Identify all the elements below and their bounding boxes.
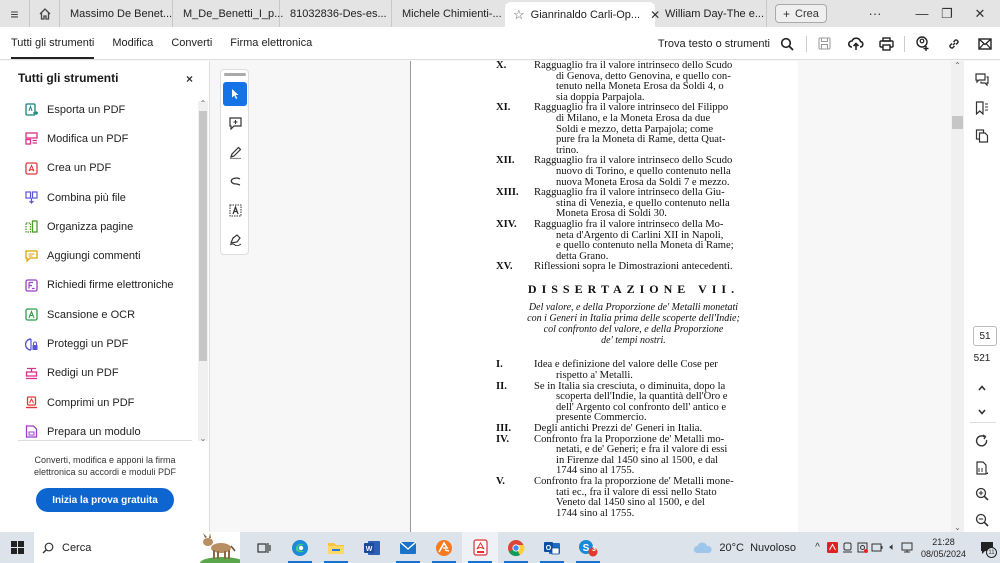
chevron-up-icon (977, 384, 987, 392)
acrobat-pdf-icon (473, 539, 488, 556)
taskbar-file-explorer[interactable] (318, 532, 354, 563)
tool-edit-pdf[interactable]: Modifica un PDF (0, 124, 198, 153)
previous-page-button[interactable] (964, 377, 1000, 399)
tool-combine-files[interactable]: Combina più file (0, 183, 198, 212)
tool-compress-pdf[interactable]: Comprimi un PDF (0, 388, 198, 417)
document-scrollbar[interactable]: ⌃ ⌄ (951, 61, 964, 532)
toc-entry-number: I. (496, 360, 534, 381)
toc-entry: IV.Confronto fra la Proporzione de' Meta… (496, 435, 771, 477)
email-button[interactable] (969, 27, 1000, 60)
windows-taskbar: Cerca W O S 3 20°C (0, 532, 1000, 563)
menu-esign[interactable]: Firma elettronica (221, 27, 321, 60)
signature-pen-icon (229, 233, 242, 246)
taskbar-mail[interactable] (390, 532, 426, 563)
tool-request-esignatures[interactable]: Richiedi firme elettroniche (0, 271, 198, 300)
prepare-form-icon (24, 425, 38, 439)
pages-panel-button[interactable] (964, 125, 1000, 147)
toc-entry-number: II. (496, 382, 534, 424)
taskbar-outlook[interactable]: O (534, 532, 570, 563)
task-view-icon (257, 542, 271, 554)
tray-camera-icon[interactable] (855, 532, 870, 563)
next-page-button[interactable] (964, 401, 1000, 423)
search-icon (780, 37, 794, 51)
page-text: X.Ragguaglio fra il valore intrinseco de… (496, 61, 771, 519)
text-tool-button[interactable] (223, 198, 247, 222)
new-tab-button[interactable]: +Crea (775, 4, 827, 23)
scroll-down-icon[interactable]: ⌄ (951, 523, 964, 532)
print-button[interactable] (871, 27, 902, 60)
taskbar-acrobat[interactable] (462, 532, 498, 563)
tray-battery-icon[interactable] (870, 532, 885, 563)
tool-redact-pdf[interactable]: Redigi un PDF (0, 359, 198, 388)
current-page-input[interactable]: 51 (973, 326, 997, 346)
chevron-down-icon (977, 408, 987, 416)
tray-volume-icon[interactable]: 🔈︎ (885, 532, 900, 563)
toc-entry-text: nuovo di Torino, e quello contenuto nell… (534, 167, 771, 178)
add-comment-tool-button[interactable] (223, 111, 247, 135)
toc-entry-number: XI. (496, 103, 534, 156)
chrome-icon (507, 539, 525, 557)
toc-entry-text: di Milano, e la Moneta Erosa da due (534, 114, 771, 125)
mail-app-icon (399, 541, 417, 555)
tools-list-scrollbar[interactable]: ⌃ ⌄ (198, 101, 208, 441)
quick-tools-rail (220, 69, 249, 255)
skype-badge: 3 (592, 546, 596, 553)
taskbar-chrome[interactable] (498, 532, 534, 563)
add-person-icon (915, 36, 930, 51)
toc-entry: I.Idea e definizione del valore delle Co… (496, 360, 771, 381)
edit-pdf-icon (24, 132, 38, 146)
menu-icon[interactable]: ≡ (0, 0, 30, 27)
taskbar-skype[interactable]: S 3 (570, 532, 606, 563)
toc-entry: V.Confronto fra la proporzione de' Metal… (496, 477, 771, 519)
text-box-icon (229, 204, 242, 217)
scan-ocr-icon (24, 308, 38, 322)
combine-files-icon (24, 191, 38, 205)
scrollbar-thumb[interactable] (199, 111, 207, 361)
all-tools-panel: Tutti gli strumenti × Esporta un PDF Mod… (0, 61, 210, 532)
show-hidden-icons-button[interactable]: ^ (810, 532, 825, 563)
taskbar-avast[interactable] (426, 532, 462, 563)
zoom-in-icon (975, 487, 989, 501)
toc-entry-text: Riflessioni sopra le Dimostrazioni antec… (534, 262, 771, 273)
pen-icon (229, 146, 242, 159)
bookmark-icon (975, 101, 989, 115)
zoom-in-button[interactable] (964, 483, 1000, 505)
sign-tool-button[interactable] (223, 227, 247, 251)
toc-entry-number: XV. (496, 262, 534, 273)
create-pdf-icon (24, 161, 38, 175)
comments-panel-button[interactable] (964, 69, 1000, 91)
compress-pdf-icon (24, 396, 38, 410)
svg-text:O: O (546, 545, 552, 552)
toc-entry: XI.Ragguaglio fra il valore intrinseco d… (496, 103, 771, 156)
outlook-icon: O (543, 540, 561, 556)
close-panel-button[interactable]: × (186, 72, 193, 86)
star-icon[interactable]: ☆ (513, 7, 525, 23)
donkey-illustration-icon (194, 533, 240, 563)
toc-entry-number: IV. (496, 435, 534, 477)
tool-protect-pdf[interactable]: Proteggi un PDF (0, 329, 198, 358)
zoom-out-button[interactable] (964, 509, 1000, 531)
save-button[interactable] (809, 27, 840, 60)
printer-icon (879, 37, 894, 51)
browser-tab-bar: ≡ Massimo De Benet... M_De_Benetti_I_p..… (0, 0, 1000, 27)
tray-acrobat-icon[interactable] (825, 532, 840, 563)
share-add-user-button[interactable] (907, 27, 938, 60)
toc-entry: XIV.Ragguaglio fra il valore intrinseco … (496, 220, 771, 262)
cursor-arrow-icon (229, 88, 241, 100)
protect-pdf-icon (24, 337, 38, 351)
pdf-page: X.Ragguaglio fra il valore intrinseco de… (410, 61, 798, 532)
upload-cloud-button[interactable] (840, 27, 871, 60)
more-button[interactable]: ··· (852, 0, 898, 27)
total-pages: 521 (964, 353, 1000, 364)
weather-widget[interactable]: 20°C Nuvoloso (693, 542, 796, 554)
tool-prepare-form[interactable]: Prepara un modulo (0, 417, 198, 440)
tab-william-day[interactable]: William Day-The e... (655, 0, 767, 27)
menu-convert[interactable]: Converti (162, 27, 221, 60)
acrobat-menubar: Tutti gli strumenti Modifica Converti Fi… (0, 27, 1000, 60)
home-icon (38, 7, 52, 21)
scroll-up-icon[interactable]: ⌃ (198, 99, 208, 108)
comments-icon (975, 73, 989, 87)
start-free-trial-button[interactable]: Inizia la prova gratuita (36, 488, 174, 512)
fit-page-icon (975, 461, 989, 475)
divider (904, 36, 905, 52)
comment-plus-icon (229, 117, 242, 130)
tab-m-de-benetti[interactable]: M_De_Benetti_I_p... (173, 0, 280, 27)
tool-export-pdf[interactable]: Esporta un PDF (0, 95, 198, 124)
toc-entry-text: Ragguaglio fra il valore intrinseco dell… (534, 61, 771, 72)
dissertation-title: DISSERTAZIONE VII. (496, 284, 771, 295)
tool-create-pdf[interactable]: Crea un PDF (0, 154, 198, 183)
bookmarks-panel-button[interactable] (964, 97, 1000, 119)
cloud-upload-icon (848, 37, 864, 51)
taskbar-search-box[interactable]: Cerca (34, 532, 240, 563)
taskbar-edge[interactable] (282, 532, 318, 563)
toc-entry-text: 1744 sino al 1755. (534, 509, 771, 520)
select-tool-button[interactable] (223, 82, 247, 106)
home-button[interactable] (30, 0, 60, 27)
fit-page-button[interactable] (964, 457, 1000, 479)
link-icon (947, 37, 961, 51)
avast-icon (435, 539, 453, 557)
copy-link-button[interactable] (938, 27, 969, 60)
system-tray: 20°C Nuvoloso ^ 🔈︎ 21:28 08/05/2024 11 (693, 532, 1000, 563)
panel-title: Tutti gli strumenti (18, 71, 118, 85)
tab-gianrinaldo-carli[interactable]: ☆ Gianrinaldo Carli-Op... ✕ (505, 2, 655, 27)
windows-logo-icon (11, 541, 24, 554)
divider (806, 36, 807, 52)
tab-massimo[interactable]: Massimo De Benet... (60, 0, 173, 27)
scroll-down-icon[interactable]: ⌄ (198, 434, 208, 443)
menu-all-tools[interactable]: Tutti gli strumenti (0, 27, 103, 60)
plus-icon: + (783, 7, 790, 21)
close-window-button[interactable]: ✕ (957, 0, 1000, 27)
request-signature-icon (24, 278, 38, 292)
edge-browser-icon (291, 539, 309, 557)
tool-scan-ocr[interactable]: Scansione e OCR (0, 300, 198, 329)
toc-entry-text: Ragguaglio fra il valore intrinseco dell… (534, 220, 771, 231)
tool-organize-pages[interactable]: Organizza pagine (0, 212, 198, 241)
freehand-icon (229, 175, 242, 188)
toc-entry-number: X. (496, 61, 534, 103)
taskbar-word[interactable]: W (354, 532, 390, 563)
search-icon (42, 542, 54, 554)
notification-center-button[interactable]: 11 (974, 532, 1000, 563)
rotate-icon (975, 434, 989, 448)
notification-count-badge: 11 (986, 547, 997, 558)
highlight-tool-button[interactable] (223, 140, 247, 164)
search-button[interactable] (776, 27, 798, 60)
toc-entry: X.Ragguaglio fra il valore intrinseco de… (496, 61, 771, 103)
drag-handle[interactable] (224, 73, 246, 76)
cloud-icon (693, 542, 713, 554)
document-viewport[interactable]: X.Ragguaglio fra il valore intrinseco de… (211, 61, 951, 532)
save-icon (818, 37, 831, 50)
tab-81032836[interactable]: 81032836-Des-es... (280, 0, 392, 27)
start-button[interactable] (0, 532, 34, 563)
toc-entry: II.Se in Italia sia cresciuta, o diminui… (496, 382, 771, 424)
tray-network-icon[interactable] (900, 532, 915, 563)
page-thumbnails-icon (975, 129, 989, 143)
toc-entry-number: V. (496, 477, 534, 519)
add-comment-icon (24, 249, 38, 263)
svg-text:W: W (366, 546, 373, 553)
zoom-out-icon (975, 513, 989, 527)
find-text-label[interactable]: Trova testo o strumenti (658, 38, 770, 50)
tray-meet-icon[interactable] (840, 532, 855, 563)
mail-icon (978, 38, 992, 50)
rotate-button[interactable] (964, 430, 1000, 452)
toc-entry: XV.Riflessioni sopra le Dimostrazioni an… (496, 262, 771, 273)
taskbar-clock[interactable]: 21:28 08/05/2024 (921, 536, 966, 560)
divider (970, 422, 996, 423)
menu-edit[interactable]: Modifica (103, 27, 162, 60)
toc-entry-number: XII. (496, 156, 534, 188)
draw-tool-button[interactable] (223, 169, 247, 193)
toc-entry-text: Confronto fra la proporzione de' Metalli… (534, 477, 771, 488)
word-icon: W (363, 540, 381, 556)
toc-entry: XIII.Ragguaglio fra il valore intrinseco… (496, 188, 771, 220)
scroll-up-icon[interactable]: ⌃ (951, 61, 964, 70)
tab-michele[interactable]: Michele Chimienti-... (392, 0, 505, 27)
organize-pages-icon (24, 220, 38, 234)
tools-list: Esporta un PDF Modifica un PDF Crea un P… (0, 95, 198, 440)
toc-entry-number: XIII. (496, 188, 534, 220)
scrollbar-thumb[interactable] (952, 116, 963, 129)
task-view-button[interactable] (246, 532, 282, 563)
right-rail: 51 521 (964, 61, 1000, 532)
toc-entry: XII.Ragguaglio fra il valore intrinseco … (496, 156, 771, 188)
promo-text: Converti, modifica e apponi la firma ele… (20, 454, 190, 478)
tool-add-comments[interactable]: Aggiungi commenti (0, 241, 198, 270)
folder-icon (327, 540, 345, 556)
dissertation-subtitle: Del valore, e della Proporzione de' Meta… (496, 302, 771, 346)
export-pdf-icon (24, 103, 38, 117)
toc-entry-number: XIV. (496, 220, 534, 262)
divider (18, 440, 192, 441)
redact-pdf-icon (24, 366, 38, 380)
